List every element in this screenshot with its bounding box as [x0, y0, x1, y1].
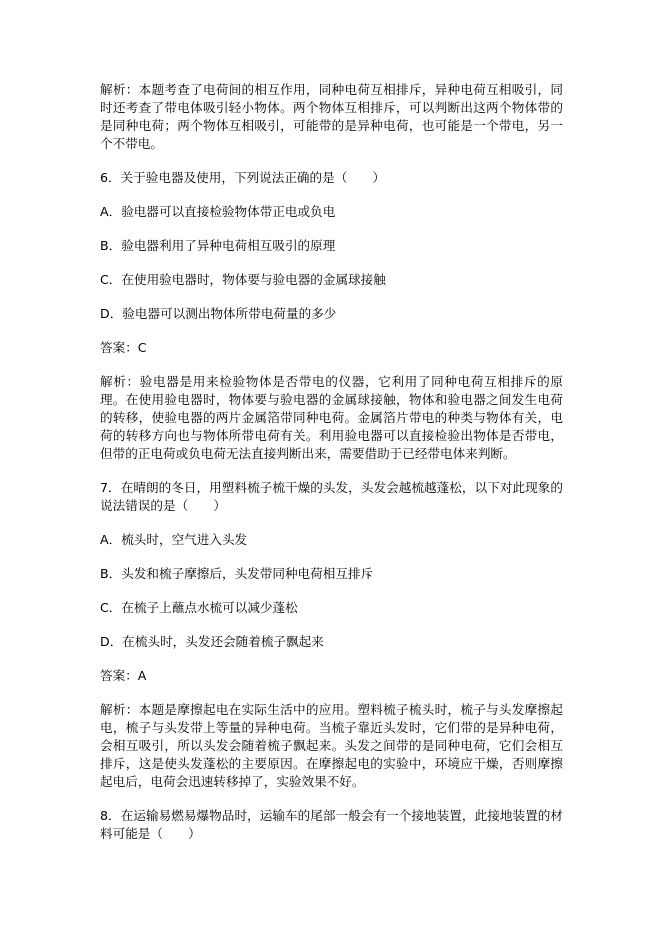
question-6-option-c: C．在使用验电器时，物体要与验电器的金属球接触 — [100, 271, 563, 289]
question-6-option-a: A．验电器可以直接检验物体带正电或负电 — [100, 203, 563, 221]
analysis-q6: 解析：验电器是用来检验物体是否带电的仪器，它利用了同种电荷互相排斥的原理。在使用… — [100, 373, 563, 463]
question-7-option-a: A．梳头时，空气进入头发 — [100, 531, 563, 549]
question-7-option-d: D．在梳头时，头发还会随着梳子飘起来 — [100, 633, 563, 651]
question-6-option-d: D．验电器可以测出物体所带电荷量的多少 — [100, 305, 563, 323]
question-7-option-b: B．头发和梳子摩擦后，头发带同种电荷相互排斥 — [100, 565, 563, 583]
question-6: 6．关于验电器及使用，下列说法正确的是（ ） — [100, 169, 563, 187]
question-7-answer: 答案：A — [100, 667, 563, 685]
question-7: 7．在晴朗的冬日，用塑料梳子梳干燥的头发，头发会越梳越蓬松，以下对此现象的说法错… — [100, 479, 563, 515]
question-7-option-c: C．在梳子上蘸点水梳可以减少蓬松 — [100, 599, 563, 617]
question-6-option-b: B．验电器利用了异种电荷相互吸引的原理 — [100, 237, 563, 255]
analysis-q5: 解析：本题考查了电荷间的相互作用，同种电荷互相排斥，异种电荷互相吸引，同时还考查… — [100, 81, 563, 153]
question-6-answer: 答案：C — [100, 339, 563, 357]
analysis-q7: 解析：本题是摩擦起电在实际生活中的应用。塑料梳子梳头时，梳子与头发摩擦起电，梳子… — [100, 701, 563, 791]
question-8: 8．在运输易燃易爆物品时，运输车的尾部一般会有一个接地装置，此接地装置的材料可能… — [100, 807, 563, 843]
document-page: 解析：本题考查了电荷间的相互作用，同种电荷互相排斥，异种电荷互相吸引，同时还考查… — [100, 81, 563, 843]
